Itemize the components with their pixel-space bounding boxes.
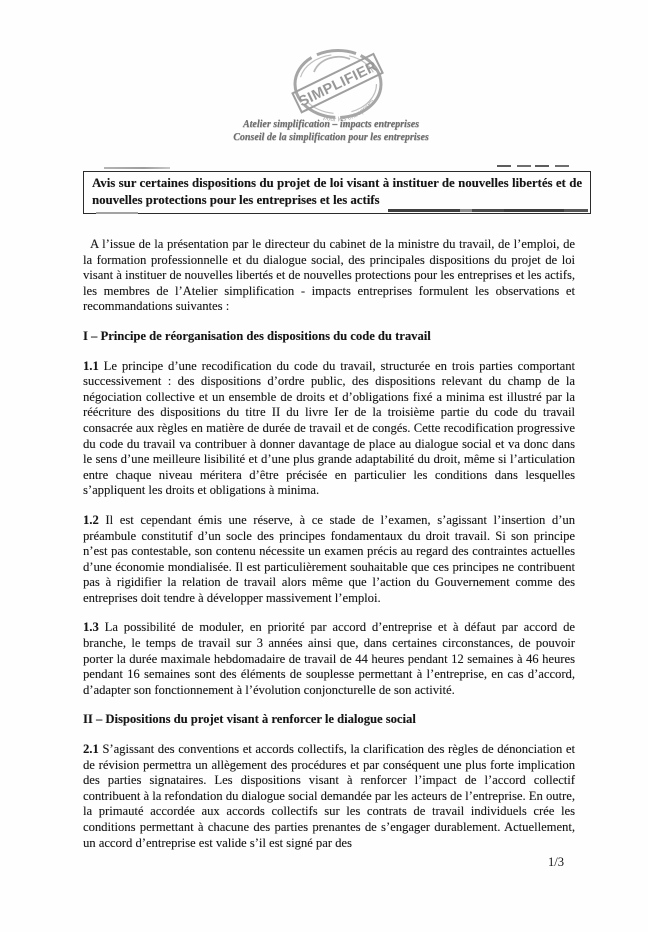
page-number: 1/3 — [548, 855, 592, 870]
letterhead-line-1: Atelier simplification – impacts entrepr… — [7, 119, 648, 132]
document-body: A l’issue de la présentation par le dire… — [83, 237, 575, 865]
stamp-inner-arc — [314, 57, 350, 72]
section-heading-1: I – Principe de réorganisation des dispo… — [83, 329, 575, 345]
scan-artifact-line — [497, 165, 569, 167]
paragraph-1-1: 1.1 Le principe d’une recodification du … — [83, 359, 575, 499]
simplifier-stamp: SIMPLIFIER pour les entreprises — [286, 46, 390, 122]
paragraph-text: Il est cependant émis une réserve, à ce … — [83, 513, 575, 605]
intro-paragraph: A l’issue de la présentation par le dire… — [83, 237, 575, 315]
paragraph-number: 2.1 — [83, 742, 99, 756]
scan-artifact-line — [104, 167, 170, 169]
document-page: SIMPLIFIER pour les entreprises Atelier … — [0, 0, 648, 932]
paragraph-number: 1.2 — [83, 513, 99, 527]
letterhead-line-2: Conseil de la simplification pour les en… — [7, 132, 648, 145]
paragraph-2-1: 2.1 S’agissant des conventions et accord… — [83, 742, 575, 851]
letterhead: Atelier simplification – impacts entrepr… — [7, 119, 648, 144]
paragraph-1-2: 1.2 Il est cependant émis une réserve, à… — [83, 513, 575, 607]
paragraph-number: 1.1 — [83, 359, 99, 373]
paragraph-1-3: 1.3 La possibilité de moduler, en priori… — [83, 620, 575, 698]
paragraph-number: 1.3 — [83, 620, 99, 634]
section-heading-2: II – Dispositions du projet visant à ren… — [83, 712, 575, 728]
paragraph-text: S’agissant des conventions et accords co… — [83, 742, 575, 850]
title-box: Avis sur certaines dispositions du proje… — [83, 171, 591, 214]
paragraph-text: Le principe d’une recodification du code… — [83, 359, 575, 498]
stamp-graphic: SIMPLIFIER pour les entreprises — [286, 46, 390, 122]
paragraph-text: La possibilité de moduler, en priorité p… — [83, 620, 575, 696]
